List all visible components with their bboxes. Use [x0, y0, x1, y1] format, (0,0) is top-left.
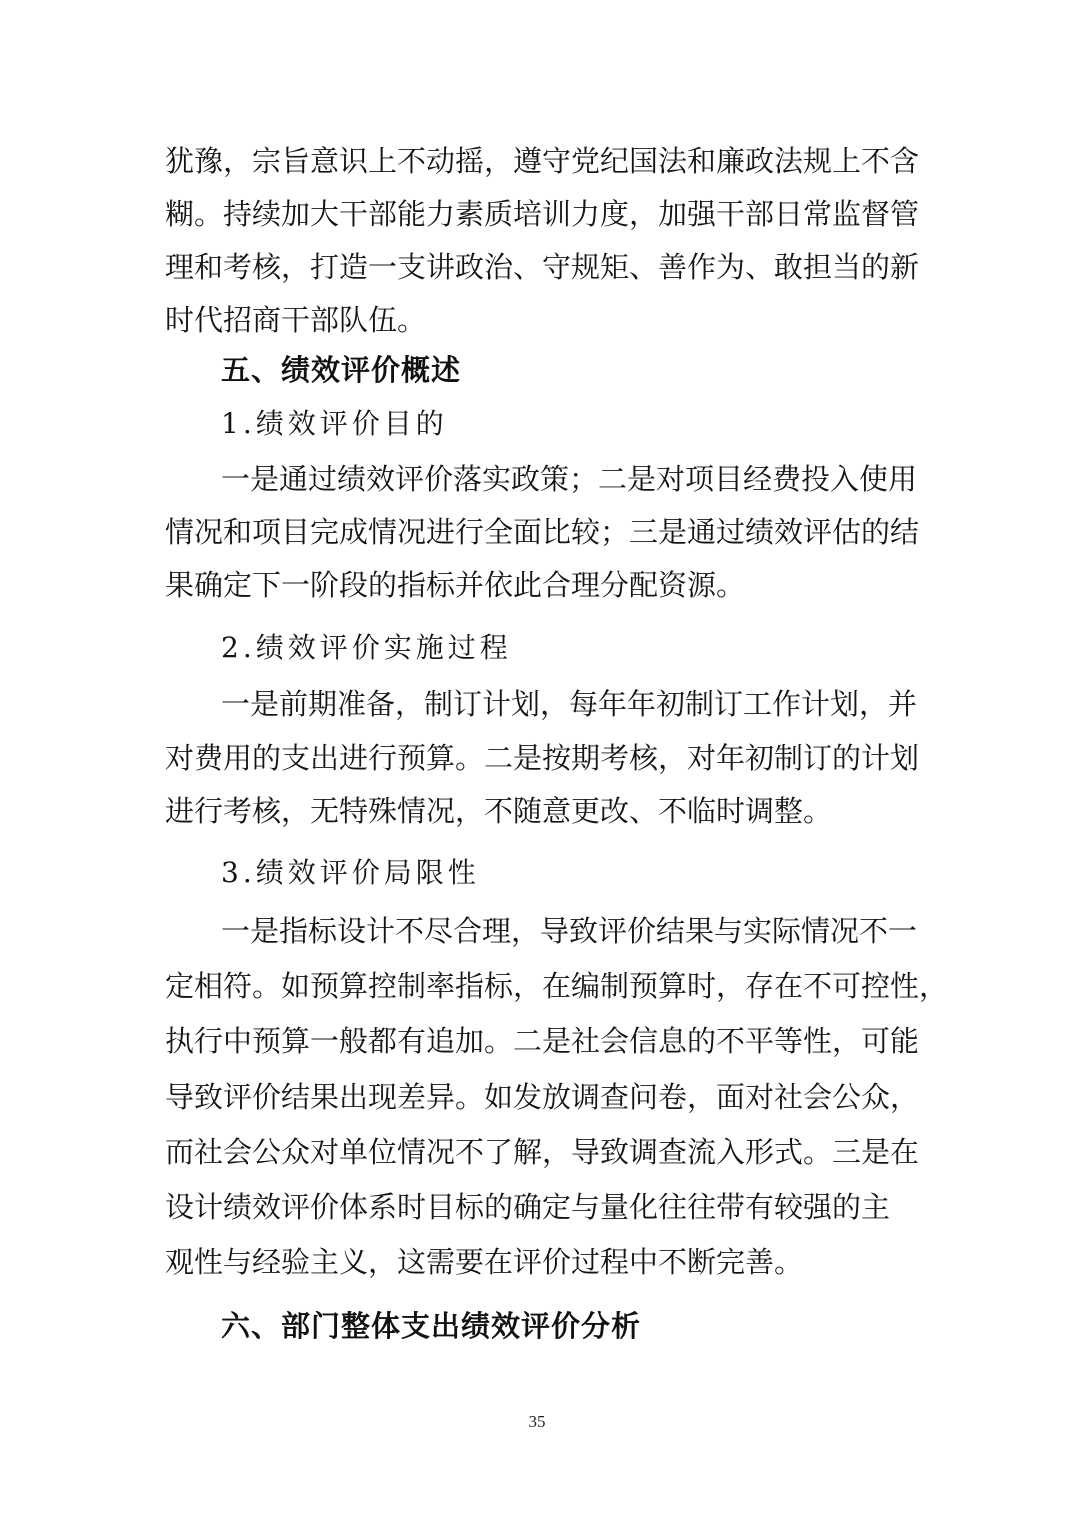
page-number: 35	[0, 1412, 1074, 1432]
subsection-heading-1: 1.绩效评价目的	[221, 404, 448, 444]
document-page: 犹豫，宗旨意识上不动摇，遵守党纪国法和廉政法规上不含 糊。持续加大干部能力素质培…	[0, 0, 1074, 1520]
paragraph-line: 果确定下一阶段的指标并依此合理分配资源。	[165, 565, 911, 605]
paragraph-line: 一是前期准备，制订计划，每年年初制订工作计划，并	[221, 684, 911, 724]
paragraph-line: 理和考核，打造一支讲政治、守规矩、善作为、敢担当的新	[165, 247, 911, 287]
paragraph-line: 设计绩效评价体系时目标的确定与量化往往带有较强的主	[165, 1187, 885, 1227]
paragraph-line: 情况和项目完成情况进行全面比较；三是通过绩效评估的结	[165, 512, 911, 552]
paragraph-line: 进行考核，无特殊情况，不随意更改、不临时调整。	[165, 791, 911, 831]
paragraph-line: 导致评价结果出现差异。如发放调查问卷，面对社会公众，	[165, 1077, 911, 1117]
paragraph-line: 执行中预算一般都有追加。二是社会信息的不平等性，可能	[165, 1021, 911, 1061]
section-heading-5: 五、绩效评价概述	[221, 350, 461, 390]
paragraph-line: 而社会公众对单位情况不了解，导致调查流入形式。三是在	[165, 1132, 911, 1172]
paragraph-line: 一是指标设计不尽合理，导致评价结果与实际情况不一	[221, 911, 911, 951]
paragraph-line: 时代招商干部队伍。	[165, 300, 911, 340]
subsection-heading-2: 2.绩效评价实施过程	[221, 628, 512, 668]
section-heading-6: 六、部门整体支出绩效评价分析	[221, 1306, 641, 1346]
paragraph-line: 定相符。如预算控制率指标，在编制预算时，存在不可控性，	[165, 966, 911, 1006]
paragraph-line: 犹豫，宗旨意识上不动摇，遵守党纪国法和廉政法规上不含	[165, 141, 911, 181]
paragraph-line: 一是通过绩效评价落实政策；二是对项目经费投入使用	[221, 459, 911, 499]
paragraph-line: 对费用的支出进行预算。二是按期考核，对年初制订的计划	[165, 738, 911, 778]
paragraph-line: 糊。持续加大干部能力素质培训力度，加强干部日常监督管	[165, 194, 911, 234]
paragraph-line: 观性与经验主义，这需要在评价过程中不断完善。	[165, 1242, 911, 1282]
subsection-heading-3: 3.绩效评价局限性	[221, 853, 480, 893]
